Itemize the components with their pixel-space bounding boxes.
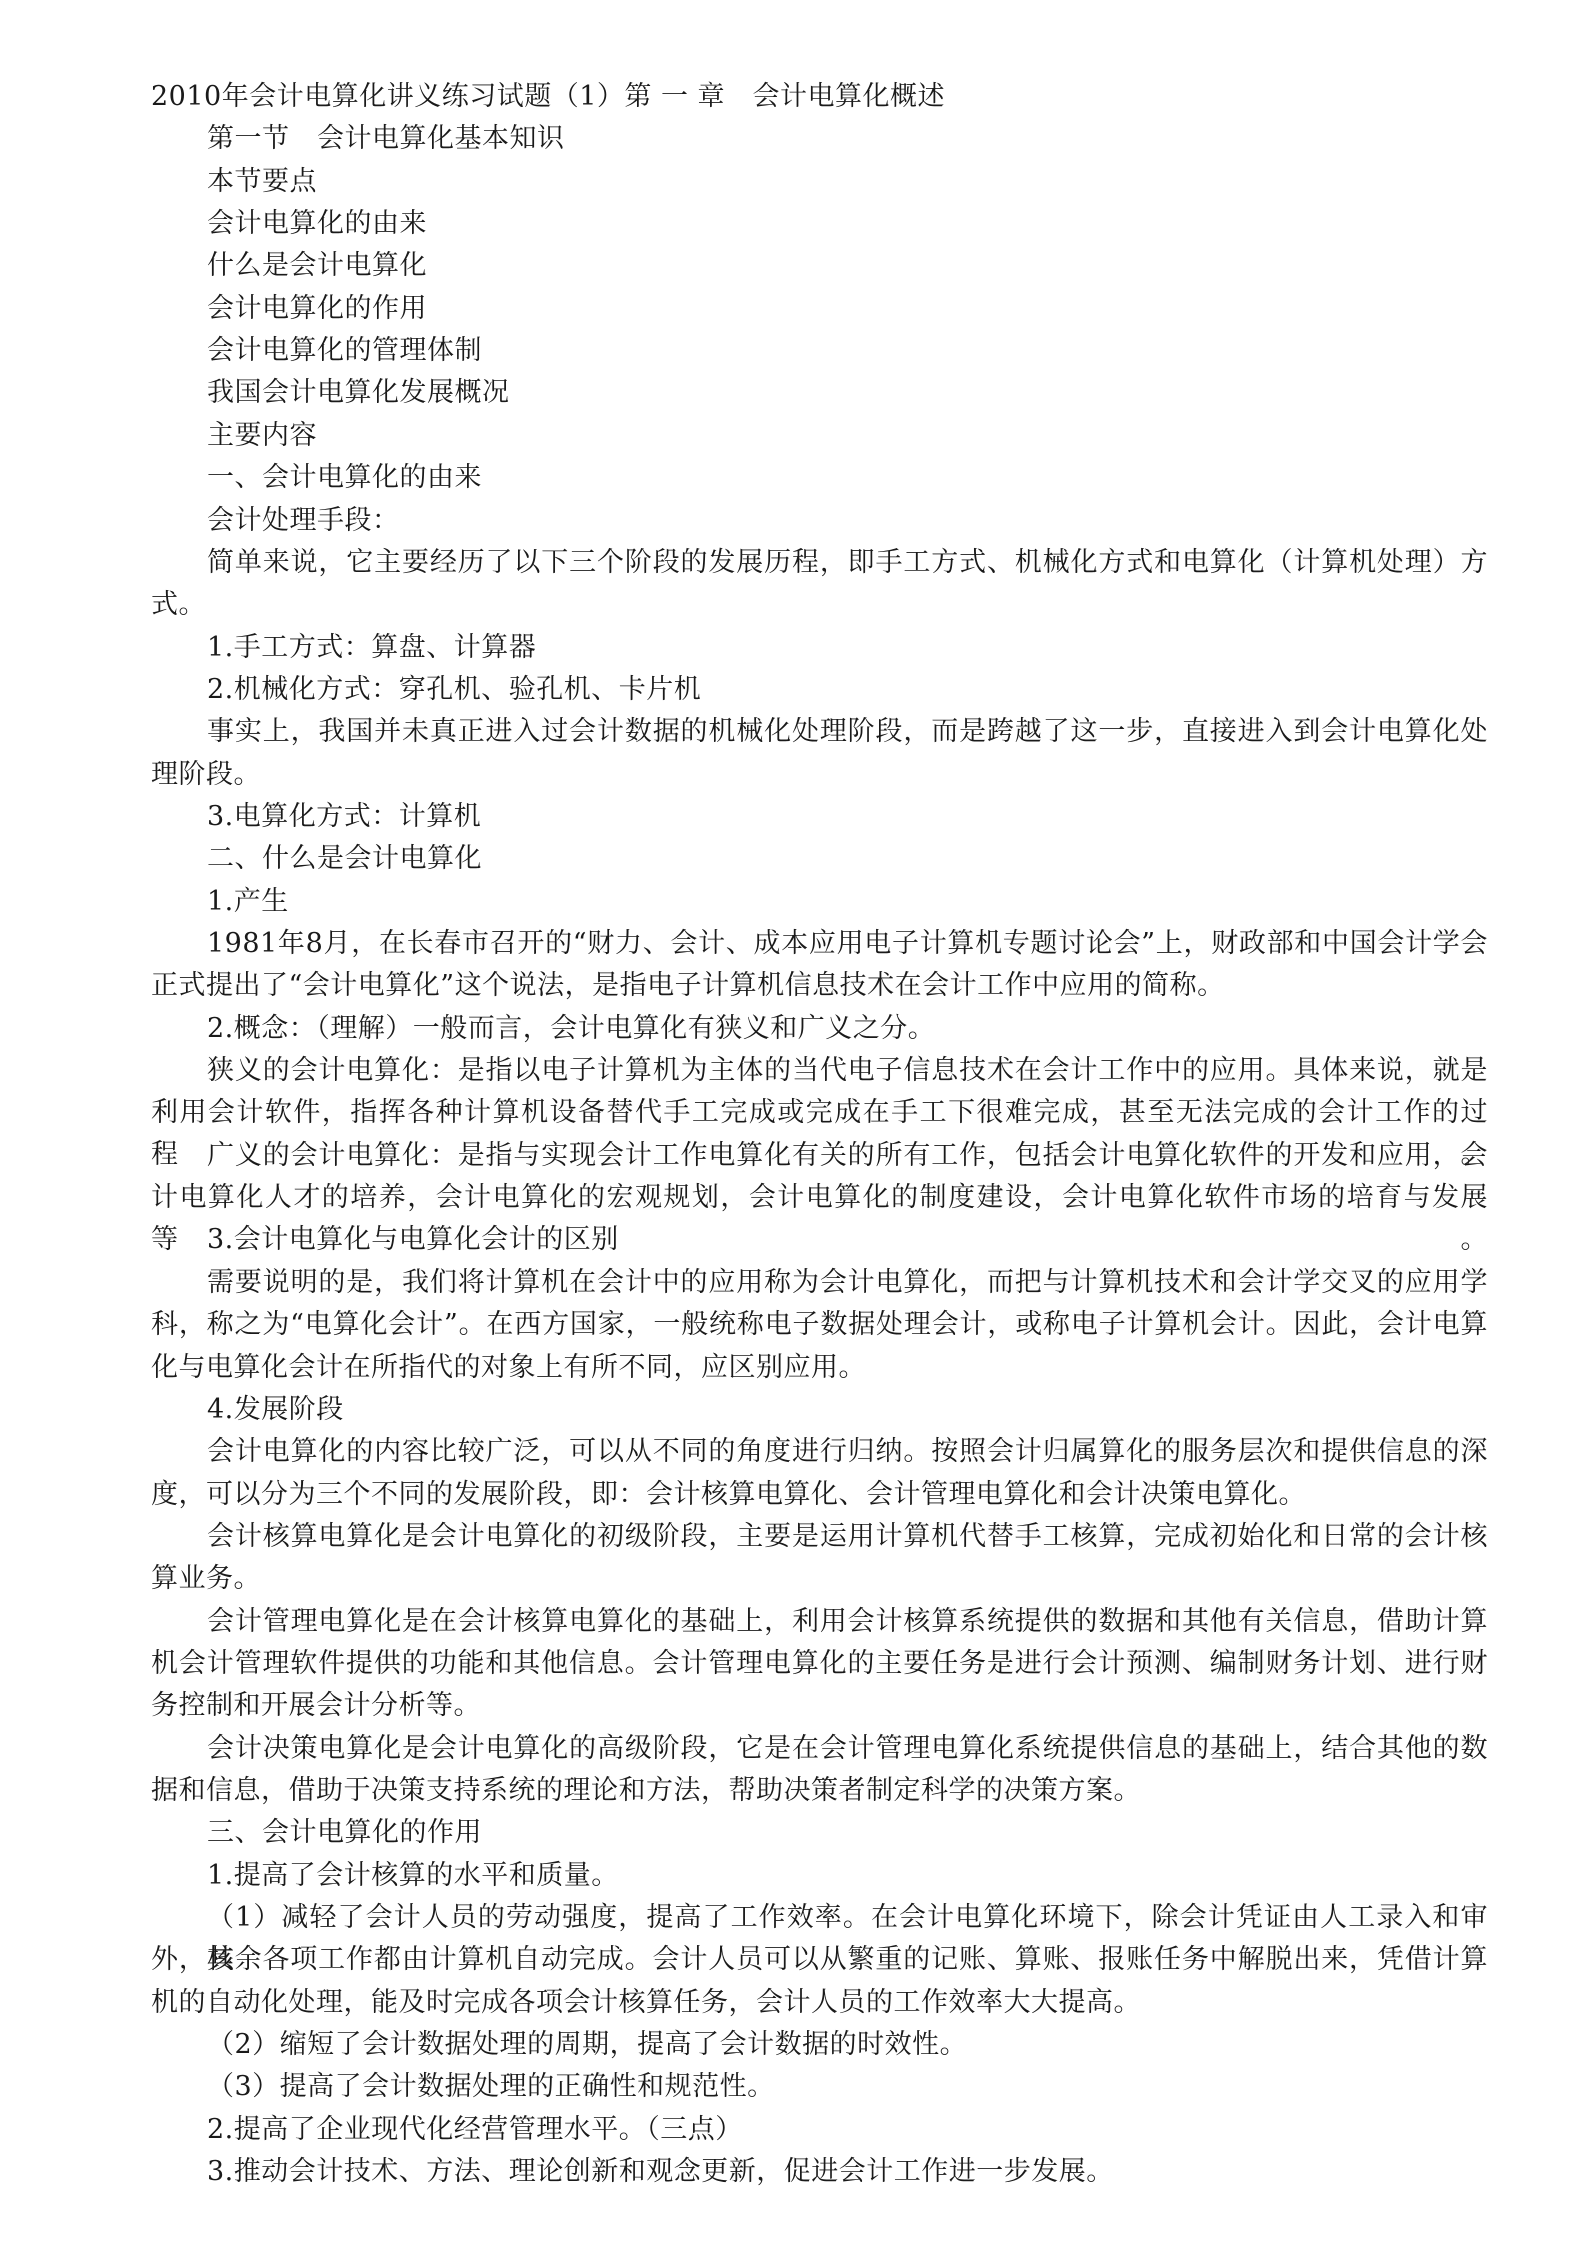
text-line: 1.手工方式：算盘、计算器	[207, 627, 1488, 669]
text-line: 第一节 会计电算化基本知识	[207, 118, 1488, 160]
text-line: 1.产生	[207, 881, 1488, 923]
text-line: 会计决策电算化是会计电算化的高级阶段，它是在会计管理电算化系统提供信息的基础上，…	[207, 1728, 1488, 1770]
text-line: 式。	[151, 584, 1488, 626]
text-line: 2.提高了企业现代化经营管理水平。（三点）	[207, 2109, 1488, 2151]
text-line: 简单来说，它主要经历了以下三个阶段的发展历程，即手工方式、机械化方式和电算化（计…	[207, 542, 1488, 584]
text-line: 会计核算电算化是会计电算化的初级阶段，主要是运用计算机代替手工核算，完成初始化和…	[207, 1516, 1488, 1558]
document-title: 2010年会计电算化讲义练习试题（1）第 一 章 会计电算化概述	[151, 76, 1488, 118]
text-line: 一、会计电算化的由来	[207, 457, 1488, 499]
text-line: 机会计管理软件提供的功能和其他信息。会计管理电算化的主要任务是进行会计预测、编制…	[151, 1643, 1488, 1685]
text-line: 主要内容	[207, 415, 1488, 457]
text-line: 什么是会计电算化	[207, 245, 1488, 287]
text-line: 3.电算化方式：计算机	[207, 796, 1488, 838]
text-line: 算业务。	[151, 1558, 1488, 1600]
text-line: 会计电算化的内容比较广泛，可以从不同的角度进行归纳。按照会计归属算化的服务层次和…	[207, 1431, 1488, 1473]
text-line: 化与电算化会计在所指代的对象上有所不同，应区别应用。	[151, 1347, 1488, 1389]
text-line: 会计电算化的作用	[207, 288, 1488, 330]
text-line: 度，可以分为三个不同的发展阶段，即：会计核算电算化、会计管理电算化和会计决策电算…	[151, 1474, 1488, 1516]
text-line: 事实上，我国并未真正进入过会计数据的机械化处理阶段，而是跨越了这一步，直接进入到…	[207, 711, 1488, 753]
text-line: 2.机械化方式：穿孔机、验孔机、卡片机	[207, 669, 1488, 711]
text-line: 会计电算化的管理体制	[207, 330, 1488, 372]
text-line: 我国会计电算化发展概况	[207, 372, 1488, 414]
text-line: 会计管理电算化是在会计核算电算化的基础上，利用会计核算系统提供的数据和其他有关信…	[207, 1601, 1488, 1643]
text-line: （1）减轻了会计人员的劳动强度，提高了工作效率。在会计电算化环境下，除会计凭证由…	[207, 1897, 1488, 1939]
text-line: （3）提高了会计数据处理的正确性和规范性。	[207, 2066, 1488, 2108]
text-line: （2）缩短了会计数据处理的周期，提高了会计数据的时效性。	[207, 2024, 1488, 2066]
text-line: 会计处理手段：	[207, 500, 1488, 542]
text-line: 科，称之为“电算化会计”。在西方国家，一般统称电子数据处理会计，或称电子计算机会…	[151, 1304, 1488, 1346]
text-line: 务控制和开展会计分析等。	[151, 1685, 1488, 1727]
text-line: 正式提出了“会计电算化”这个说法，是指电子计算机信息技术在会计工作中应用的简称。	[151, 965, 1488, 1007]
text-line: 1981年8月，在长春市召开的“财力、会计、成本应用电子计算机专题讨论会”上，财…	[207, 923, 1488, 965]
text-line: 计电算化人才的培养，会计电算化的宏观规划，会计电算化的制度建设，会计电算化软件市…	[151, 1177, 1488, 1219]
document-page: 2010年会计电算化讲义练习试题（1）第 一 章 会计电算化概述第一节 会计电算…	[0, 0, 1594, 2252]
text-line: 1.提高了会计核算的水平和质量。	[207, 1855, 1488, 1897]
text-line: 广义的会计电算化：是指与实现会计工作电算化有关的所有工作，包括会计电算化软件的开…	[207, 1135, 1488, 1177]
text-line: 2.概念：（理解）一般而言，会计电算化有狭义和广义之分。	[207, 1008, 1488, 1050]
text-line: 据和信息，借助于决策支持系统的理论和方法，帮助决策者制定科学的决策方案。	[151, 1770, 1488, 1812]
text-line: 会计电算化的由来	[207, 203, 1488, 245]
text-line: 三、会计电算化的作用	[207, 1812, 1488, 1854]
text-line: 4.发展阶段	[207, 1389, 1488, 1431]
text-line: 外，其余各项工作都由计算机自动完成。会计人员可以从繁重的记账、算账、报账任务中解…	[151, 1939, 1488, 1981]
text-line: 3.推动会计技术、方法、理论创新和观念更新，促进会计工作进一步发展。	[207, 2151, 1488, 2193]
text-line: 利用会计软件，指挥各种计算机设备替代手工完成或完成在手工下很难完成，甚至无法完成…	[151, 1092, 1488, 1134]
text-line: 二、什么是会计电算化	[207, 838, 1488, 880]
text-line: 需要说明的是，我们将计算机在会计中的应用称为会计电算化，而把与计算机技术和会计学…	[207, 1262, 1488, 1304]
text-line: 狭义的会计电算化：是指以电子计算机为主体的当代电子信息技术在会计工作中的应用。具…	[207, 1050, 1488, 1092]
text-line: 本节要点	[207, 161, 1488, 203]
text-line: 3.会计电算化与电算化会计的区别	[207, 1219, 1488, 1261]
text-line: 理阶段。	[151, 754, 1488, 796]
text-line: 机的自动化处理，能及时完成各项会计核算任务，会计人员的工作效率大大提高。	[151, 1982, 1488, 2024]
